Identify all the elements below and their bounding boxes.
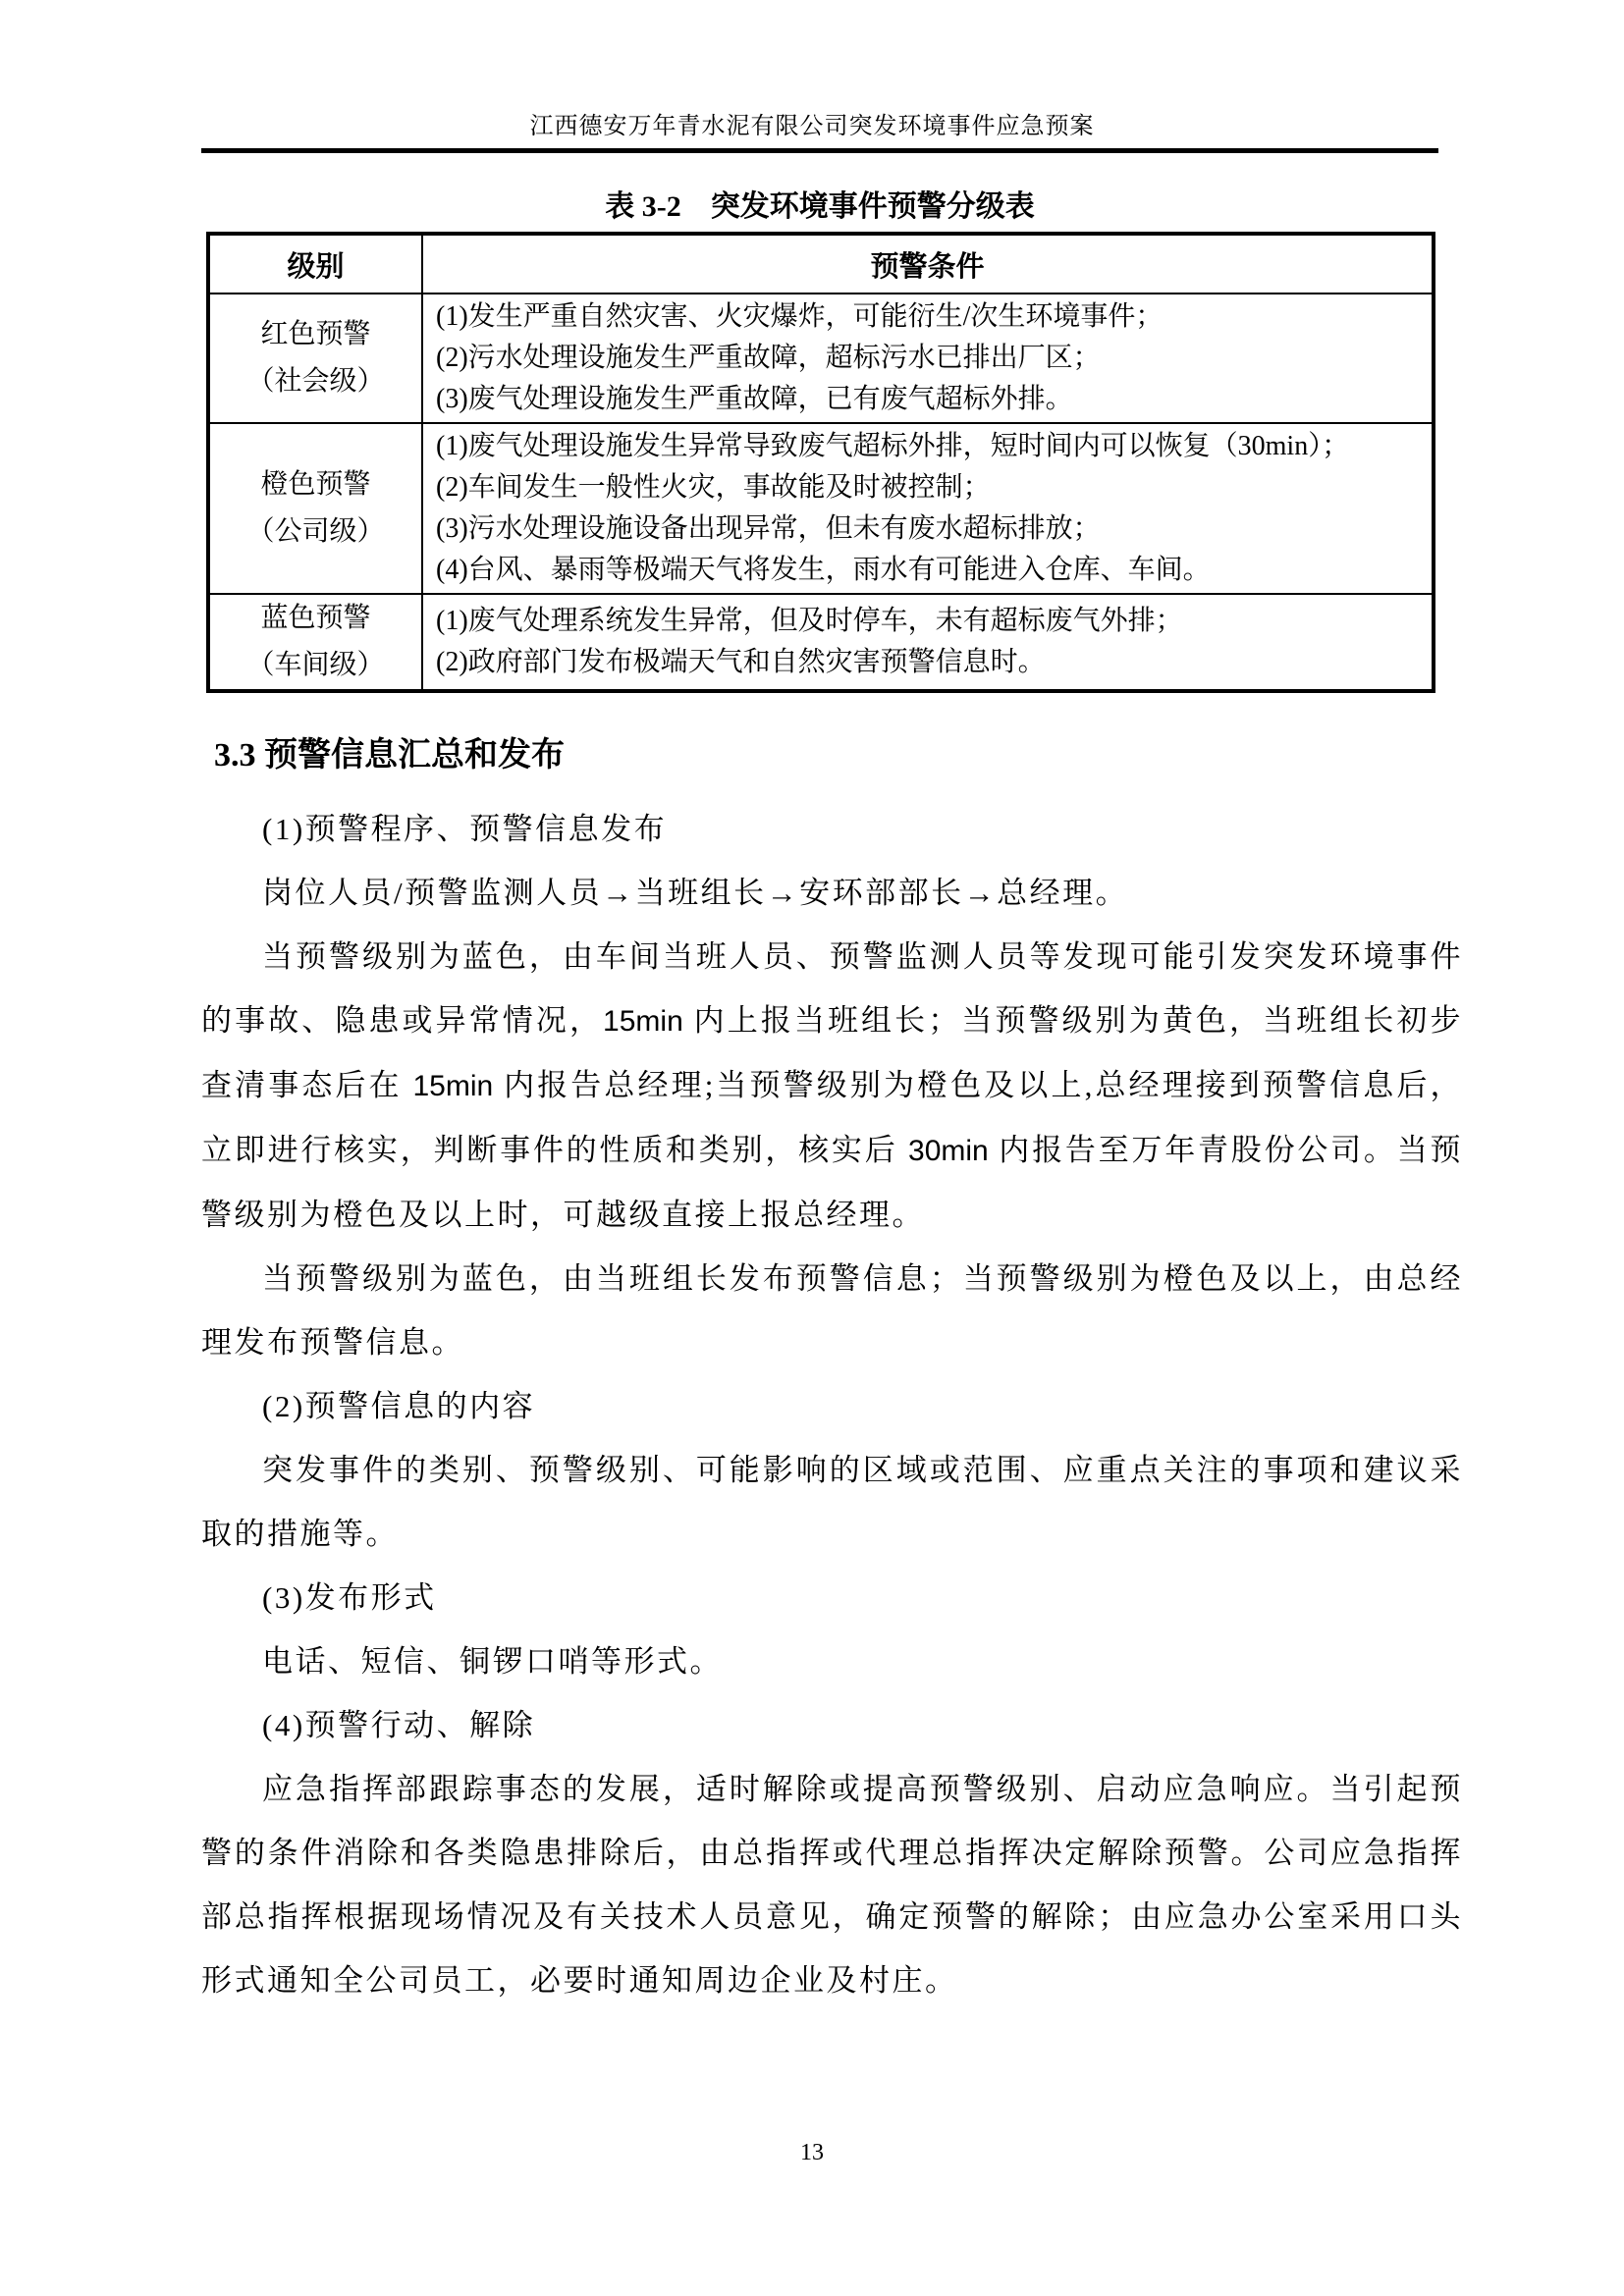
conditions-cell: (1)废气处理系统发生异常，但及时停车，未有超标废气外排；(2)政府部门发布极端… xyxy=(422,594,1434,691)
condition-line: (3)废气处理设施发生严重故障，已有废气超标外排。 xyxy=(436,379,1424,420)
level-line: 橙色预警 xyxy=(210,461,421,508)
table-header-row: 级别 预警条件 xyxy=(208,234,1434,294)
header-rule xyxy=(201,148,1438,153)
paragraph: (4)预警行动、解除 xyxy=(201,1693,1463,1757)
level-line: 蓝色预警 xyxy=(210,595,421,642)
level-cell: 蓝色预警（车间级） xyxy=(208,594,422,691)
condition-line: (1)发生严重自然灾害、火灾爆炸，可能衍生/次生环境事件； xyxy=(436,296,1424,338)
level-line: （车间级） xyxy=(210,642,421,689)
level-line: （社会级） xyxy=(210,358,421,405)
level-cell: 橙色预警（公司级） xyxy=(208,423,422,594)
conditions-cell: (1)发生严重自然灾害、火灾爆炸，可能衍生/次生环境事件；(2)污水处理设施发生… xyxy=(422,294,1434,423)
paragraph: 岗位人员/预警监测人员→当班组长→安环部部长→总经理。 xyxy=(201,861,1463,925)
paragraph: 突发事件的类别、预警级别、可能影响的区域或范围、应重点关注的事项和建议采取的措施… xyxy=(201,1438,1463,1566)
level-cell: 红色预警（社会级） xyxy=(208,294,422,423)
table-row: 蓝色预警（车间级）(1)废气处理系统发生异常，但及时停车，未有超标废气外排；(2… xyxy=(208,594,1434,691)
duration-value: 15min xyxy=(413,1070,494,1102)
table-row: 红色预警（社会级）(1)发生严重自然灾害、火灾爆炸，可能衍生/次生环境事件；(2… xyxy=(208,294,1434,423)
paragraph: (3)发布形式 xyxy=(201,1566,1463,1629)
condition-line: (2)车间发生一般性火灾，事故能及时被控制； xyxy=(436,467,1424,508)
condition-line: (1)废气处理系统发生异常，但及时停车，未有超标废气外排； xyxy=(436,601,1424,642)
paragraph: (2)预警信息的内容 xyxy=(201,1374,1463,1438)
condition-line: (2)政府部门发布极端天气和自然灾害预警信息时。 xyxy=(436,642,1424,683)
section-heading: 3.3 预警信息汇总和发布 xyxy=(201,734,1476,777)
paragraph: 当预警级别为蓝色，由当班组长发布预警信息；当预警级别为橙色及以上，由总经理发布预… xyxy=(201,1247,1463,1374)
paragraph: (1)预警程序、预警信息发布 xyxy=(201,797,1463,861)
table-head: 级别 预警条件 xyxy=(208,234,1434,294)
conditions-cell: (1)废气处理设施发生异常导致废气超标外排，短时间内可以恢复（30min）；(2… xyxy=(422,423,1434,594)
page-header-title: 江西德安万年青水泥有限公司突发环境事件应急预案 xyxy=(0,110,1624,143)
paragraph: 当预警级别为蓝色，由车间当班人员、预警监测人员等发现可能引发突发环境事件的事故、… xyxy=(201,925,1463,1247)
condition-line: (2)污水处理设施发生严重故障，超标污水已排出厂区； xyxy=(436,338,1424,379)
warning-level-table: 级别 预警条件 红色预警（社会级）(1)发生严重自然灾害、火灾爆炸，可能衍生/次… xyxy=(206,232,1435,693)
page-number: 13 xyxy=(0,2138,1624,2167)
duration-value: 15min xyxy=(603,1005,683,1038)
column-header-conditions: 预警条件 xyxy=(422,234,1434,294)
section-body: (1)预警程序、预警信息发布岗位人员/预警监测人员→当班组长→安环部部长→总经理… xyxy=(201,797,1463,2012)
warning-table-body: 红色预警（社会级）(1)发生严重自然灾害、火灾爆炸，可能衍生/次生环境事件；(2… xyxy=(208,294,1434,691)
level-line: （公司级） xyxy=(210,508,421,556)
table-caption: 表 3-2 突发环境事件预警分级表 xyxy=(201,189,1438,225)
paragraph: 应急指挥部跟踪事态的发展，适时解除或提高预警级别、启动应急响应。当引起预警的条件… xyxy=(201,1757,1463,2012)
document-page: 江西德安万年青水泥有限公司突发环境事件应急预案 表 3-2 突发环境事件预警分级… xyxy=(0,0,1624,2296)
level-line: 红色预警 xyxy=(210,311,421,358)
condition-line: (3)污水处理设施设备出现异常，但未有废水超标排放； xyxy=(436,508,1424,550)
duration-value: 30min xyxy=(908,1135,989,1167)
condition-line: (4)台风、暴雨等极端天气将发生，雨水有可能进入仓库、车间。 xyxy=(436,550,1424,591)
condition-line: (1)废气处理设施发生异常导致废气超标外排，短时间内可以恢复（30min）； xyxy=(436,426,1424,467)
paragraph: 电话、短信、铜锣口哨等形式。 xyxy=(201,1629,1463,1693)
column-header-level: 级别 xyxy=(208,234,422,294)
table-row: 橙色预警（公司级）(1)废气处理设施发生异常导致废气超标外排，短时间内可以恢复（… xyxy=(208,423,1434,594)
